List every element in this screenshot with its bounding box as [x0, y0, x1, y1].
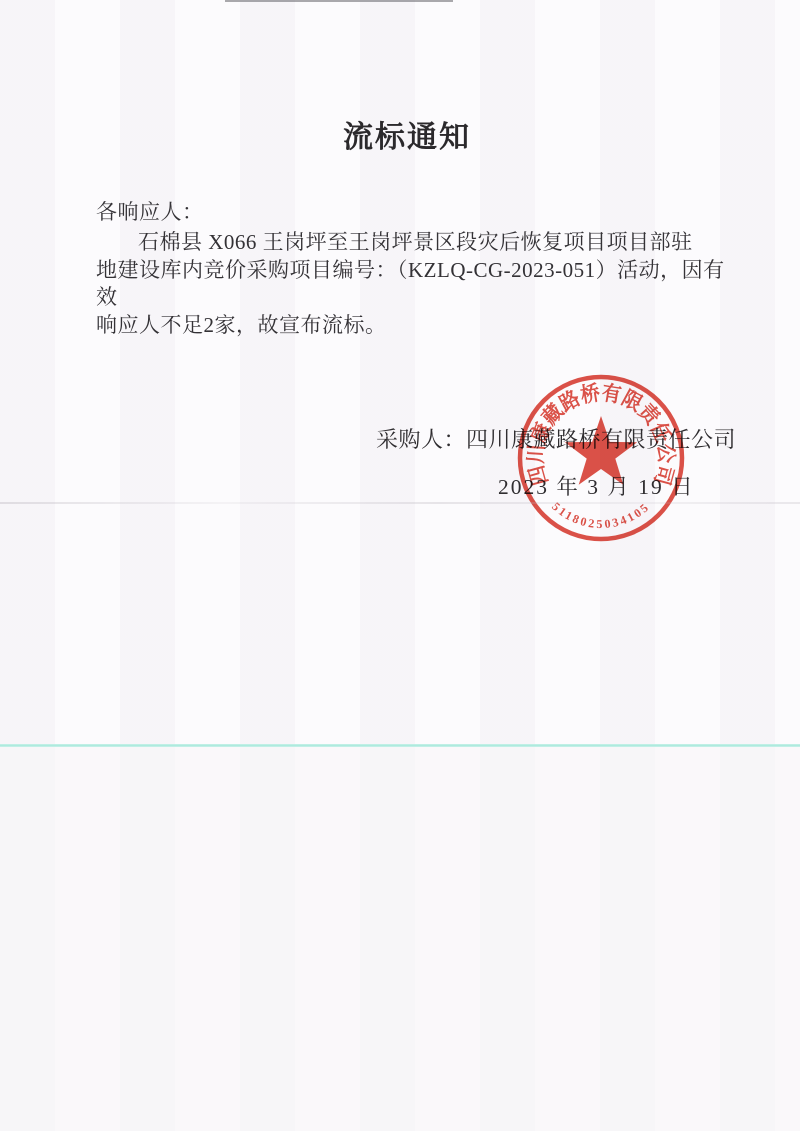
svg-text:5118025034105: 5118025034105	[549, 499, 652, 531]
body-line: 石棉县 X066 王岗坪至王岗坪景区段灾后恢复项目项目部驻	[96, 229, 741, 257]
body-paragraph: 石棉县 X066 王岗坪至王岗坪景区段灾后恢复项目项目部驻 地建设库内竞价采购项…	[96, 229, 741, 339]
company-seal-stamp: 四川康藏路桥有限责任公司 5118025034105	[485, 342, 717, 574]
body-line: 响应人不足2家，故宣布流标。	[96, 312, 741, 340]
body-line: 地建设库内竞价采购项目编号：（KZLQ-CG-2023-051）活动，因有效	[96, 257, 741, 312]
seal-star-icon	[565, 416, 637, 485]
salutation: 各响应人：	[96, 196, 204, 226]
scan-top-edge-artifact	[225, 0, 453, 2]
page-title: 流标通知	[7, 112, 800, 156]
scan-crease-artifact	[0, 502, 800, 504]
page-lower-blank-region	[0, 747, 800, 1131]
seal-serial-text: 5118025034105	[549, 499, 652, 531]
document-page: 流标通知 各响应人： 石棉县 X066 王岗坪至王岗坪景区段灾后恢复项目项目部驻…	[0, 0, 800, 1131]
